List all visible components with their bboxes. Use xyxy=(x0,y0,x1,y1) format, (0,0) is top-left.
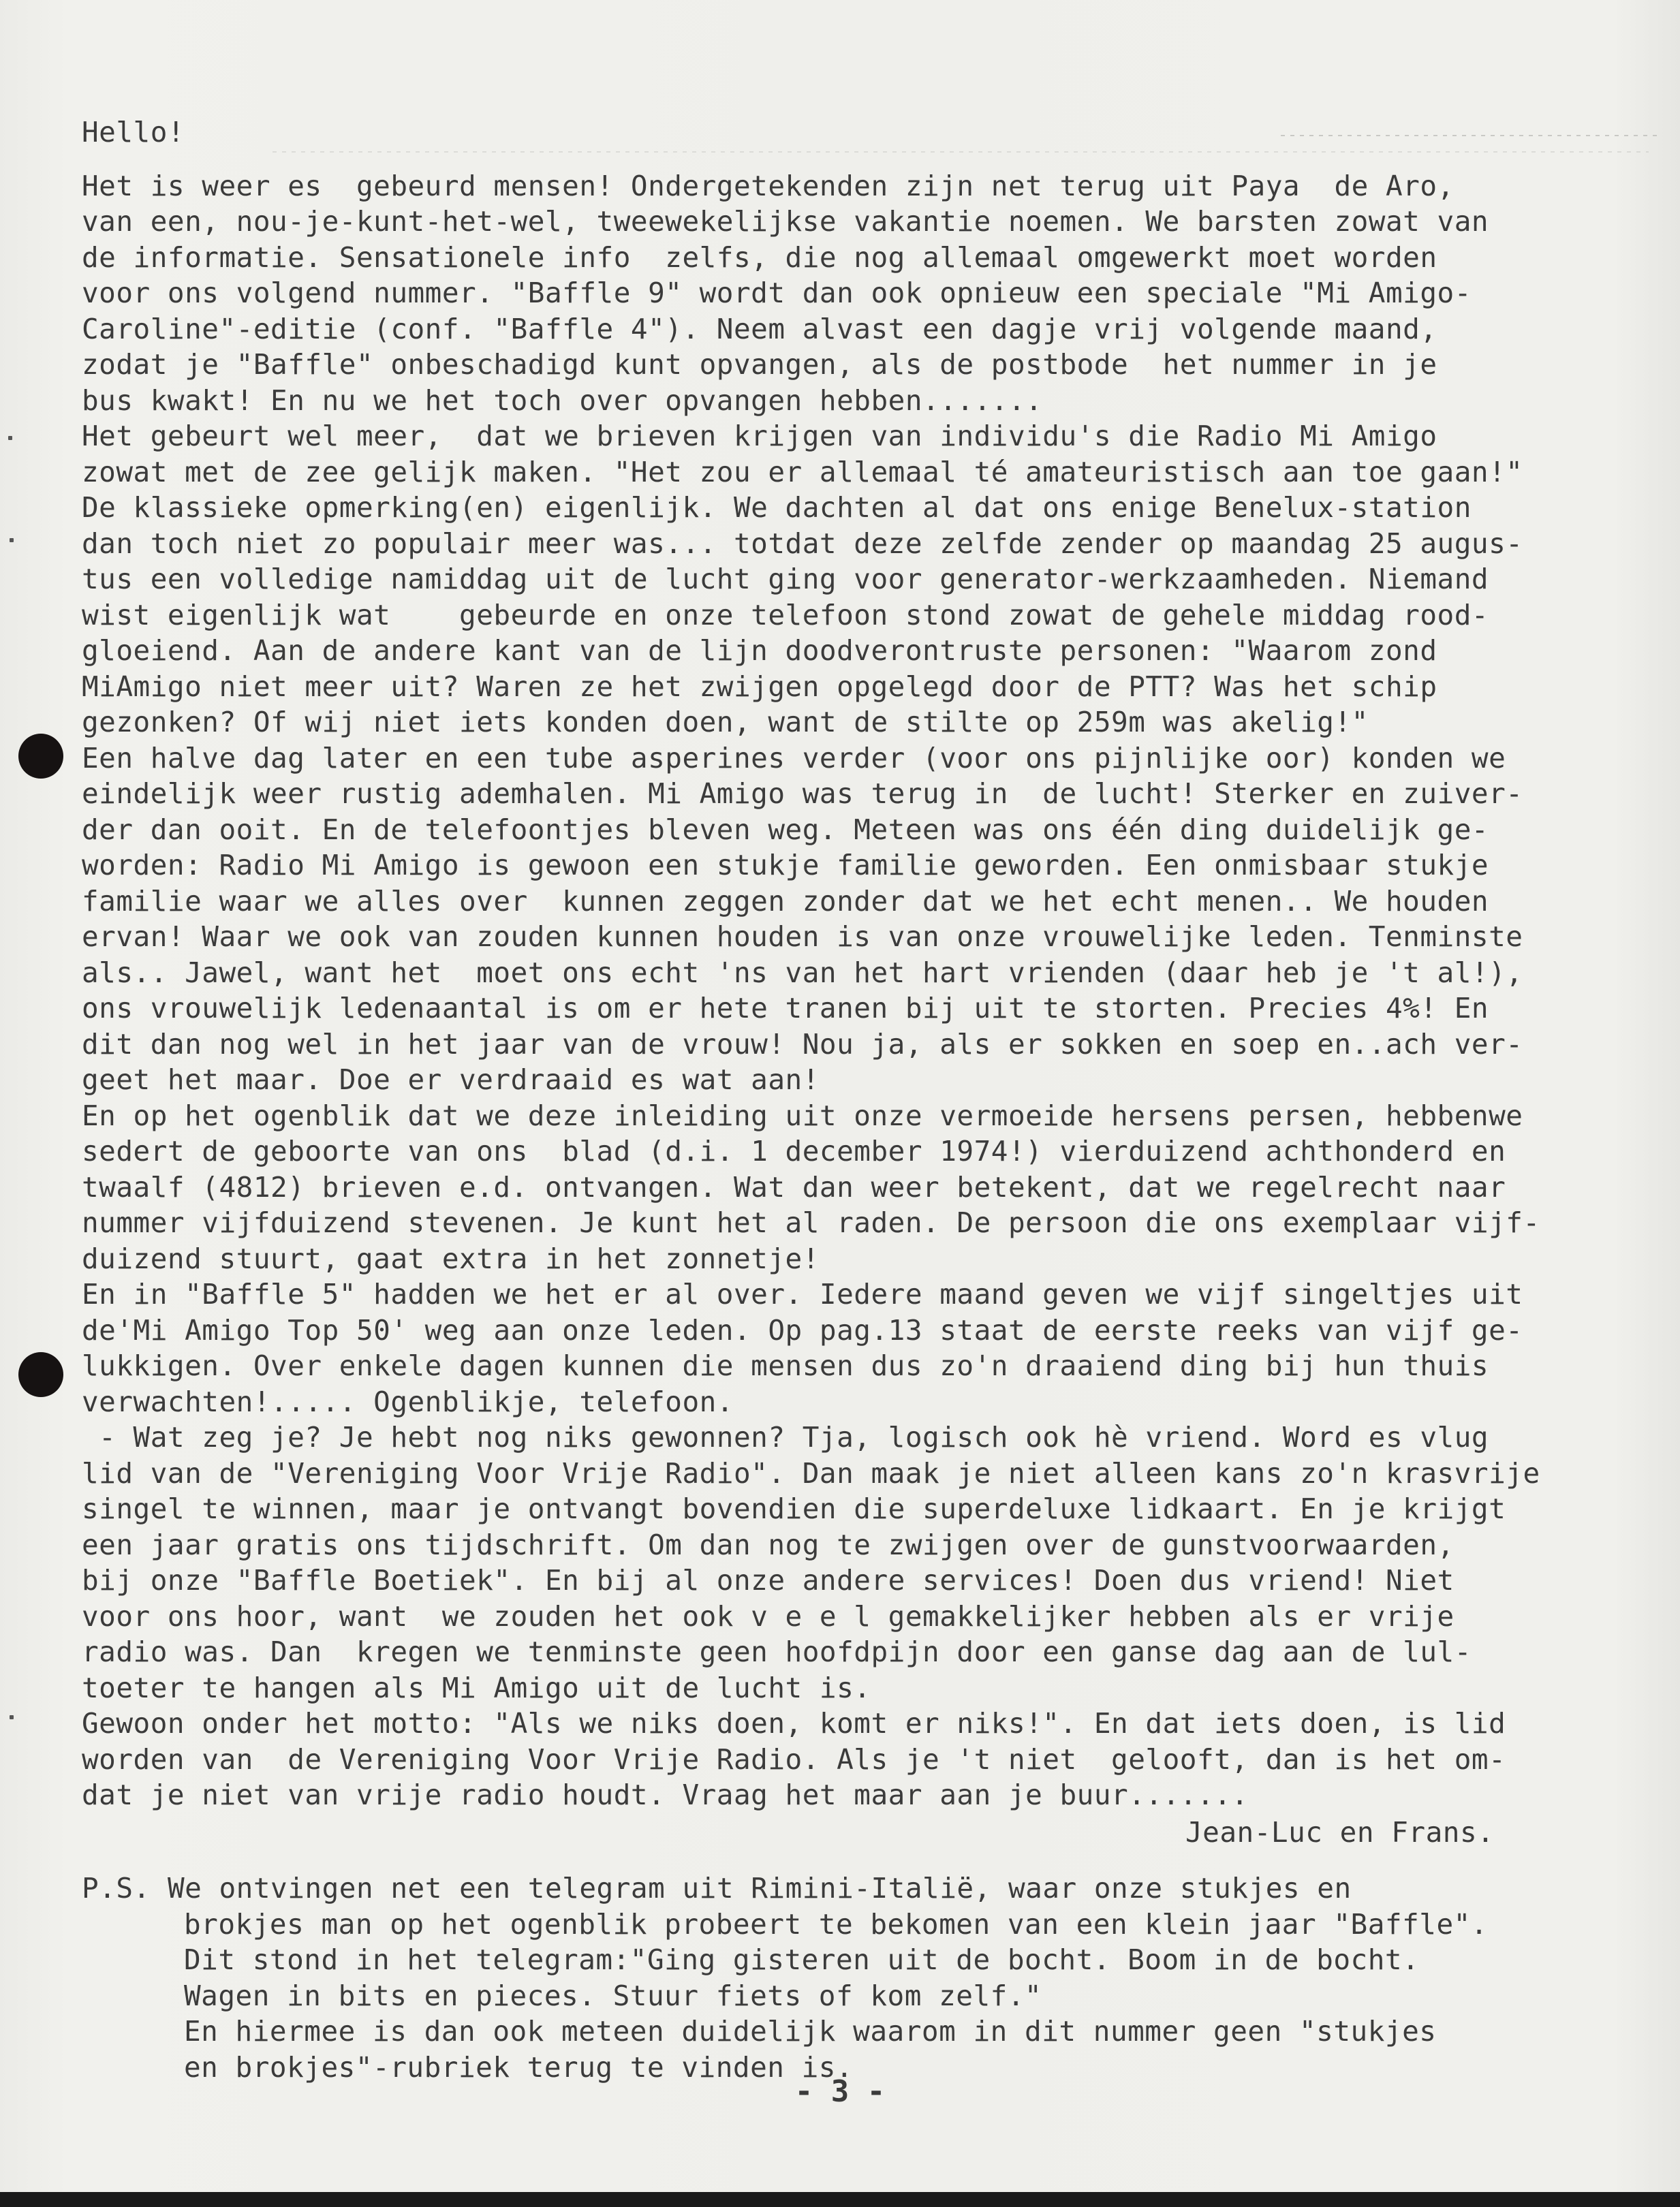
text-line: nummer vijfduizend stevenen. Je kunt het… xyxy=(82,1205,1649,1241)
text-line: twaalf (4812) brieven e.d. ontvangen. Wa… xyxy=(82,1170,1649,1206)
text-line: van een, nou-je-kunt-het-wel, tweewekeli… xyxy=(82,204,1649,240)
text-line: familie waar we alles over kunnen zeggen… xyxy=(82,883,1649,920)
text-line: dan toch niet zo populair meer was... to… xyxy=(82,526,1649,562)
text-line: lid van de "Vereniging Voor Vrije Radio"… xyxy=(82,1456,1649,1492)
text-line: ons vrouwelijk ledenaantal is om er hete… xyxy=(82,990,1649,1027)
text-line: voor ons volgend nummer. "Baffle 9" word… xyxy=(82,275,1649,311)
postscript-label: P.S. xyxy=(82,1872,151,1905)
text-line: worden: Radio Mi Amigo is gewoon een stu… xyxy=(82,847,1649,883)
text-line: singel te winnen, maar je ontvangt boven… xyxy=(82,1491,1649,1527)
punch-hole-lower xyxy=(18,1352,63,1397)
text-line: worden van de Vereniging Voor Vrije Radi… xyxy=(82,1742,1649,1778)
text-line: Dit stond in het telegram:"Ging gisteren… xyxy=(82,1942,1649,1978)
text-line: wist eigenlijk wat gebeurde en onze tele… xyxy=(82,597,1649,633)
paragraph-membership: - Wat zeg je? Je hebt nog niks gewonnen?… xyxy=(82,1420,1649,1706)
text-line: duizend stuurt, gaat extra in het zonnet… xyxy=(82,1241,1649,1277)
paragraph-letters-count: En op het ogenblik dat we deze inleiding… xyxy=(82,1098,1649,1277)
text-line: sedert de geboorte van ons blad (d.i. 1 … xyxy=(82,1133,1649,1170)
text-line: der dan ooit. En de telefoontjes bleven … xyxy=(82,812,1649,848)
scan-edge xyxy=(0,2192,1680,2207)
margin-mark xyxy=(8,436,12,440)
text-line: de'Mi Amigo Top 50' weg aan onze leden. … xyxy=(82,1313,1649,1349)
text-line: dit dan nog wel in het jaar van de vrouw… xyxy=(82,1027,1649,1063)
text-line: eindelijk weer rustig ademhalen. Mi Amig… xyxy=(82,776,1649,812)
greeting: Hello! xyxy=(82,114,1649,151)
text-line: En hiermee is dan ook meteen duidelijk w… xyxy=(82,2014,1649,2050)
text-line: ervan! Waar we ook van zouden kunnen hou… xyxy=(82,919,1649,955)
text-line: dat je niet van vrije radio houdt. Vraag… xyxy=(82,1777,1649,1813)
text-line: gezonken? Of wij niet iets konden doen, … xyxy=(82,704,1649,740)
text-line: gloeiend. Aan de andere kant van de lijn… xyxy=(82,633,1649,669)
page-number: - 3 - xyxy=(0,2074,1680,2109)
text-line: MiAmigo niet meer uit? Waren ze het zwij… xyxy=(82,669,1649,705)
text-line: En op het ogenblik dat we deze inleiding… xyxy=(82,1098,1649,1134)
margin-mark xyxy=(10,1715,14,1719)
text-line: radio was. Dan kregen we tenminste geen … xyxy=(82,1634,1649,1670)
signature: Jean-Luc en Frans. xyxy=(82,1815,1649,1851)
paragraph-singles-giveaway: En in "Baffle 5" hadden we het er al ove… xyxy=(82,1277,1649,1420)
text-line: Een halve dag later en een tube asperine… xyxy=(82,740,1649,777)
text-line: verwachten!..... Ogenblikje, telefoon. xyxy=(82,1384,1649,1420)
text-line: En in "Baffle 5" hadden we het er al ove… xyxy=(82,1277,1649,1313)
paragraph-motto: Gewoon onder het motto: "Als we niks doe… xyxy=(82,1706,1649,1813)
text-line: Caroline"-editie (conf. "Baffle 4"). Nee… xyxy=(82,311,1649,347)
text-line: De klassieke opmerking(en) eigenlijk. We… xyxy=(82,490,1649,526)
text-line: zowat met de zee gelijk maken. "Het zou … xyxy=(82,454,1649,490)
text-line: Het gebeurt wel meer, dat we brieven kri… xyxy=(82,418,1649,454)
postscript-first-line: P.S. We ontvingen net een telegram uit R… xyxy=(82,1871,1649,1907)
text-line: voor ons hoor, want we zouden het ook v … xyxy=(82,1599,1649,1635)
postscript-text: We ontvingen net een telegram uit Rimini… xyxy=(168,1872,1352,1905)
text-line: toeter te hangen als Mi Amigo uit de luc… xyxy=(82,1670,1649,1706)
text-line: lukkigen. Over enkele dagen kunnen die m… xyxy=(82,1348,1649,1384)
margin-mark xyxy=(10,538,14,542)
text-line: brokjes man op het ogenblik probeert te … xyxy=(82,1907,1649,1943)
text-line: als.. Jawel, want het moet ons echt 'ns … xyxy=(82,955,1649,991)
text-line: - Wat zeg je? Je hebt nog niks gewonnen?… xyxy=(82,1420,1649,1456)
paragraph-off-air: Het gebeurt wel meer, dat we brieven kri… xyxy=(82,418,1649,740)
paragraph-back-on-air: Een halve dag later en een tube asperine… xyxy=(82,740,1649,1098)
text-line: bij onze "Baffle Boetiek". En bij al onz… xyxy=(82,1563,1649,1599)
letter-body: Hello! Het is weer es gebeurd mensen! On… xyxy=(82,114,1649,2085)
postscript: P.S. We ontvingen net een telegram uit R… xyxy=(82,1871,1649,2085)
text-line: bus kwakt! En nu we het toch over opvang… xyxy=(82,383,1649,419)
text-line: zodat je "Baffle" onbeschadigd kunt opva… xyxy=(82,347,1649,383)
punch-hole-upper xyxy=(18,734,63,779)
text-line: de informatie. Sensationele info zelfs, … xyxy=(82,240,1649,276)
text-line: tus een volledige namiddag uit de lucht … xyxy=(82,561,1649,597)
text-line: geet het maar. Doe er verdraaid es wat a… xyxy=(82,1062,1649,1098)
text-line: Het is weer es gebeurd mensen! Ondergete… xyxy=(82,168,1649,204)
paragraph-announcement: Het is weer es gebeurd mensen! Ondergete… xyxy=(82,168,1649,419)
text-line: Wagen in bits en pieces. Stuur fiets of … xyxy=(82,1978,1649,2014)
text-line: Gewoon onder het motto: "Als we niks doe… xyxy=(82,1706,1649,1742)
paper-sheet: Hello! Het is weer es gebeurd mensen! On… xyxy=(0,0,1680,2192)
text-line: een jaar gratis ons tijdschrift. Om dan … xyxy=(82,1527,1649,1563)
